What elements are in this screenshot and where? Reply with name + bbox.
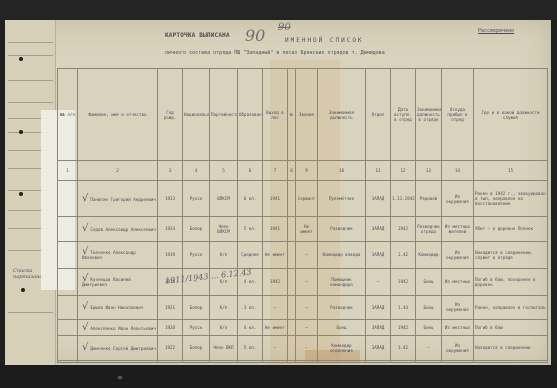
cell-nationality: Русск [183,181,210,217]
margin-rule [8,102,53,103]
margin-rule [8,55,53,56]
cell-nationality [183,360,210,362]
column-header: Отдел [366,69,391,161]
cell-n [288,241,296,268]
cell-date-joined: 1.43 [391,295,416,320]
card-label: КАРТОЧКА ВЫПИСАНА [165,32,230,39]
cell-from: Из местных [442,320,474,336]
cell-from: Из окружения [442,241,474,268]
cell-date-joined [391,360,416,362]
person-name: Демченко Сергей Дмитриевич [90,346,156,351]
cell-role: Боец [416,320,442,336]
cell-position: Боец [318,320,366,336]
cell-position: Командир отделения [318,336,366,361]
column-number: 12 [391,161,416,181]
cell-party: Член ВЛКСМ [210,217,238,242]
cell-n [288,336,296,361]
cell-role: Разведчик отряда [416,217,442,242]
table-row: √Панютин Григорий Андреевич 1923 Русск В… [58,181,548,217]
cell-history: Находится в соединении [474,336,548,361]
cell-position: Пулемётчик [318,181,366,217]
cell-nationality: Русск [183,241,210,268]
cell-rank [296,360,318,362]
column-number: 11 [366,161,391,181]
cell-education: 5 кл. [238,217,263,242]
cell-history: Погиб в бою [474,320,548,336]
table-row: √Ткаченко Александр Иванович 1919 Русск … [58,241,548,268]
cell-num [58,360,78,362]
column-number: 9 [296,161,318,181]
column-number: 1 [58,161,78,181]
cell-exit: — [263,336,288,361]
cell-from: Из окружения [442,295,474,320]
cell-position: Разведчик [318,295,366,320]
cell-education: 4 кл. [238,320,263,336]
cell-education: 3 кл. [238,295,263,320]
cell-date-joined: 1.42 [391,336,416,361]
cell-name [78,360,158,362]
declassified-stamp: Рассекречено [478,28,514,34]
document-heading: ИМЕННОЙ СПИСОК [285,37,364,44]
column-header: Где и в какой должности служил [474,69,548,161]
cell-role: Рядовой [416,181,442,217]
cell-education: 6 кл. [238,181,263,217]
cell-exit: 1941 [263,181,288,217]
cell-date-joined: 1942 [391,217,416,242]
cell-rank: — [296,295,318,320]
cell-date-joined: 1942 [391,268,416,295]
table-row: √Алексеенко Иван Леонтьевич 1920 Русск б… [58,320,548,336]
cell-n [288,360,296,362]
cell-from: Из окружения [442,181,474,217]
person-name: Ткаченко Александр Иванович [82,250,136,260]
column-number: 5 [210,161,238,181]
cell-position: Разведчик [318,217,366,242]
cell-date-joined: 1.42 [391,241,416,268]
cell-nationality: Белор [183,217,210,242]
cell-from: Из местных [442,268,474,295]
cell-role: Боец [416,268,442,295]
checkmark-icon: √ [82,193,88,204]
column-header: №№ п/п [58,69,78,161]
binder-hole [19,130,23,134]
personnel-register-table: №№ п/п Фамилия, имя и отчество Год рожд.… [57,68,548,363]
margin-rule [8,80,53,81]
cell-role: Командир [416,241,442,268]
cell-dept: — [366,268,391,295]
cell-role: — [416,336,442,361]
cell-num [58,241,78,268]
cell-position: Помощник командира [318,268,366,295]
cell-nationality: Русск [183,320,210,336]
cell-year: 1920 [158,320,183,336]
column-number: 2 [78,161,158,181]
column-header: Национальность [183,69,210,161]
table-body: √Панютин Григорий Андреевич 1923 Русск В… [58,181,548,363]
column-header: Выход в лес [263,69,288,161]
table-row: √Кузнецов Василий Дмитриевич 1918 — б/п … [58,268,548,295]
cell-party: б/п [210,295,238,320]
cell-n [288,320,296,336]
scan-top-border [0,0,557,20]
column-header: Партийность [210,69,238,161]
cell-position: Командир взвода [318,241,366,268]
person-name: Ершов Иван Николаевич [90,305,143,310]
cell-num [58,217,78,242]
cell-n [288,217,296,242]
cell-rank: Не имеет [296,217,318,242]
column-number: 4 [183,161,210,181]
cell-from [442,360,474,362]
column-number: 3 [158,161,183,181]
cell-date-joined: 1.11.1942 [391,181,416,217]
cell-exit [263,360,288,362]
cell-nationality: Белор [183,295,210,320]
handwritten-number-struck: 90 [278,22,291,33]
cell-position [318,360,366,362]
scan-artifact [118,376,122,379]
column-number: 8 [288,161,296,181]
cell-rank: — [296,320,318,336]
margin-rule [8,312,53,313]
table-row: √Седов Александр Алексеевич 1924 Белор Ч… [58,217,548,242]
cell-year: 1919 [158,241,183,268]
cell-dept [366,360,391,362]
table-row: √Демченко Сергей Дмитриевич 1922 Белор Ч… [58,336,548,361]
cell-name: √Ершов Иван Николаевич [78,295,158,320]
column-header: № [288,69,296,161]
column-number: 7 [263,161,288,181]
cell-year: 1923 [158,181,183,217]
cell-role [416,360,442,362]
checkmark-icon: √ [82,301,88,312]
cell-num [58,295,78,320]
cell-dept: ЗАПАД [366,295,391,320]
cell-from: Из окружения [442,336,474,361]
cell-date-joined: 1942 [391,320,416,336]
person-name: Алексеенко Иван Леонтьевич [90,326,156,331]
cell-year: 1924 [158,217,183,242]
cell-year [158,360,183,362]
column-header: Занимаемая должность [318,69,366,161]
cell-history: Убит — в деревне Ясенок [474,217,548,242]
cell-n [288,181,296,217]
column-header: Год рожд. [158,69,183,161]
column-number: 6 [238,161,263,181]
cell-dept: ЗАПАД [366,336,391,361]
column-number-row: 1 2 3 4 5 6 7 8 9 10 11 12 13 14 15 [58,161,548,181]
cell-education: 5 кл. [238,336,263,361]
cell-n [288,268,296,295]
cell-num [58,336,78,361]
cell-exit: Не имеет [263,320,288,336]
table-row: √Ершов Иван Николаевич 1921 Белор б/п 3 … [58,295,548,320]
person-name: Панютин Григорий Андреевич [90,197,156,202]
cell-dept: ЗАПАД [366,320,391,336]
cell-education: Среднее [238,241,263,268]
cell-party: б/п [210,320,238,336]
cell-history: Находится в соединении, служит в отряде [474,241,548,268]
column-header: Звание [296,69,318,161]
cell-rank: — [296,336,318,361]
cell-year: 1922 [158,336,183,361]
cell-education [238,360,263,362]
cell-party: Член ВКП [210,336,238,361]
cell-dept: ЗАПАД [366,217,391,242]
column-header: Откуда прибыл в отряд [442,69,474,161]
cell-party: б/п [210,241,238,268]
cell-rank: — [296,241,318,268]
cell-name: √Кузнецов Василий Дмитриевич [78,268,158,295]
cell-history: Погиб в бою, похоронен в деревне [474,268,548,295]
cell-dept: ЗАПАД [366,181,391,217]
cell-exit: 1942 [263,268,288,295]
binder-hole [21,288,25,292]
checkmark-icon: √ [82,342,88,353]
column-header: Образование [238,69,263,161]
cell-name: √Алексеенко Иван Леонтьевич [78,320,158,336]
column-number: 10 [318,161,366,181]
cell-role: Боец [416,295,442,320]
cell-num [58,320,78,336]
cell-name: √Седов Александр Алексеевич [78,217,158,242]
scan-bottom-border [0,364,557,388]
cell-name: √Демченко Сергей Дмитриевич [78,336,158,361]
cell-history [474,360,548,362]
checkmark-icon: √ [82,322,88,333]
cell-exit: — [263,295,288,320]
cell-history: Ранен в 1942 г., эвакуирован в тыл, напр… [474,181,548,217]
person-name: Кузнецов Василий Дмитриевич [82,277,131,287]
column-header: Дата вступл. в отряд [391,69,416,161]
handwritten-number: 90 [245,26,265,45]
cell-year: 1921 [158,295,183,320]
cell-from: Из местных жителей [442,217,474,242]
document-sheet: Списки партизанских КАРТОЧКА ВЫПИСАНА 90… [5,20,551,365]
cell-exit: Не имеет [263,241,288,268]
cell-num [58,181,78,217]
cell-rank: — [296,268,318,295]
cell-name: √Ткаченко Александр Иванович [78,241,158,268]
cell-name: √Панютин Григорий Андреевич [78,181,158,217]
cell-n [288,295,296,320]
cell-rank: Сержант [296,181,318,217]
binder-hole [19,57,23,61]
table-row [58,360,548,362]
binder-hole [19,192,23,196]
cell-nationality: Белор [183,336,210,361]
cell-num [58,268,78,295]
cell-party [210,360,238,362]
column-number: 13 [416,161,442,181]
cell-dept: ЗАПАД [366,241,391,268]
column-header: Занимаемая должность в отряде [416,69,442,161]
document-subheading: личного состава отряда ПШ "Западный" в л… [165,50,385,56]
cell-history: Ранен, направлен в госпиталь [474,295,548,320]
column-number: 14 [442,161,474,181]
checkmark-icon: √ [82,223,88,234]
column-number: 15 [474,161,548,181]
cell-exit: 1941 [263,217,288,242]
table-header-row: №№ п/п Фамилия, имя и отчество Год рожд.… [58,69,548,161]
cell-party: ВЛКСМ [210,181,238,217]
margin-rule [8,42,53,43]
column-header: Фамилия, имя и отчество [78,69,158,161]
person-name: Седов Александр Алексеевич [90,227,156,232]
